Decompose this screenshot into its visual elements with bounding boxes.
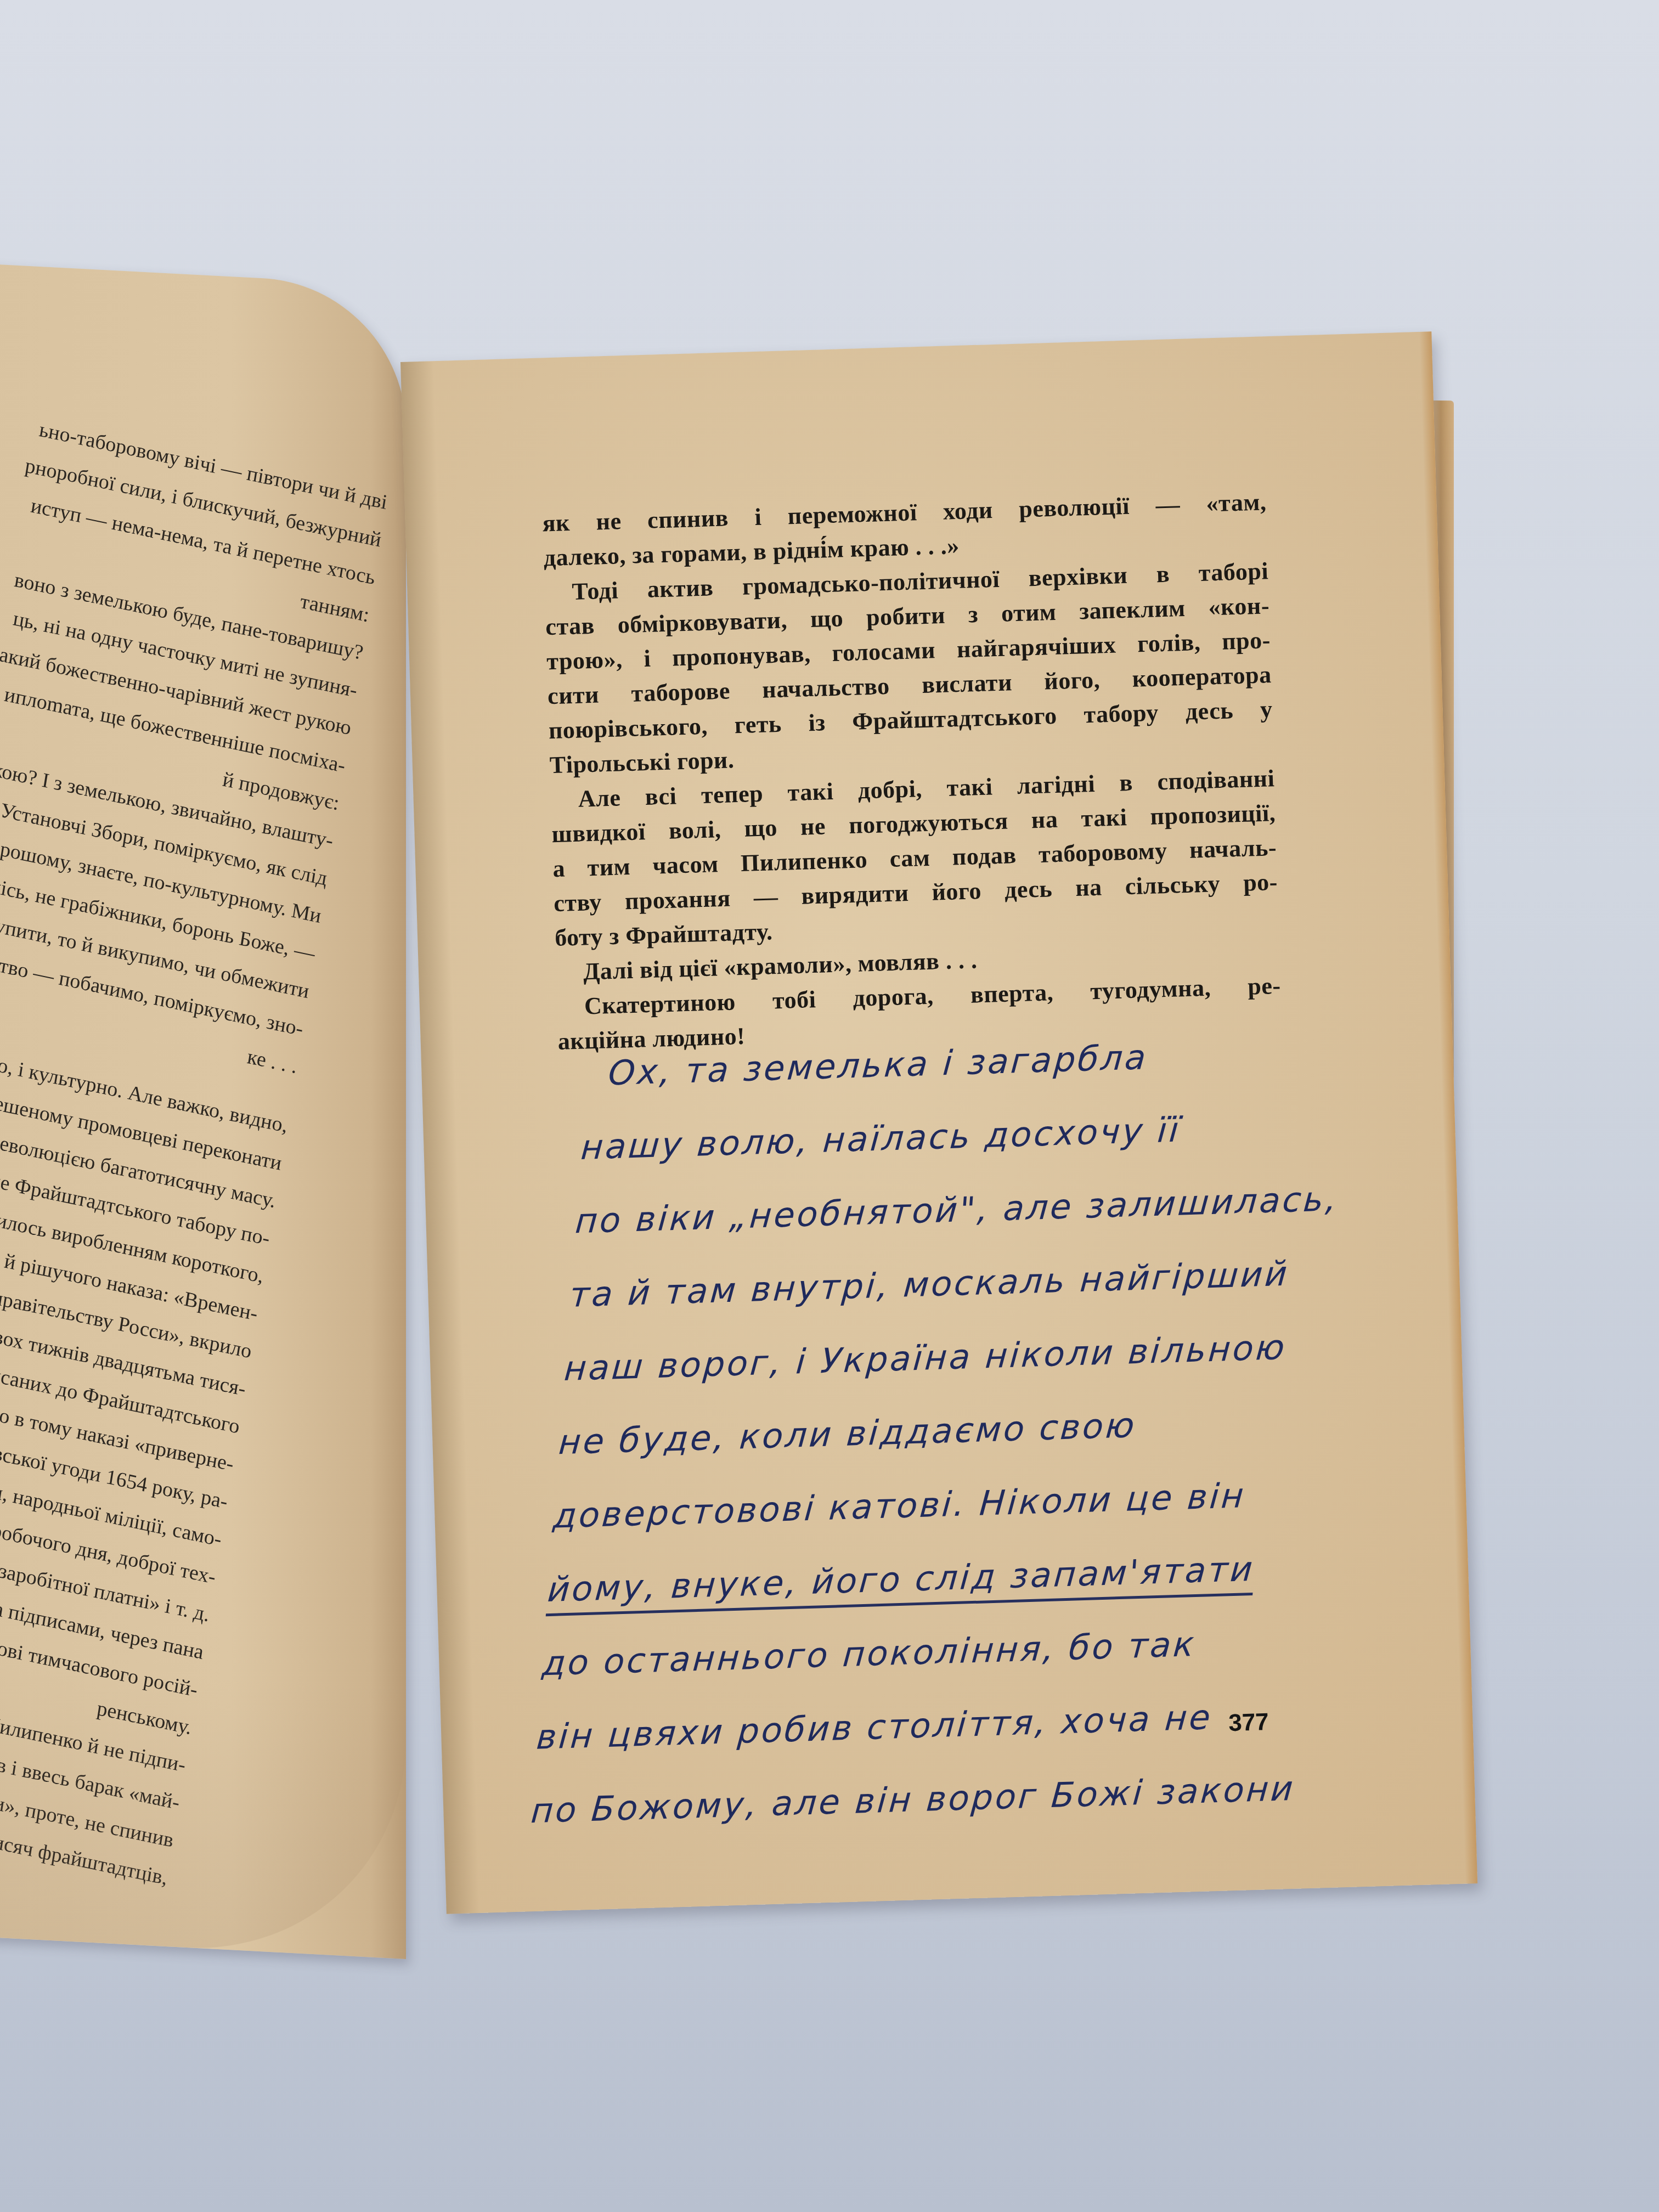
- right-book-page: як не спинив і переможної ходи революції…: [400, 331, 1477, 1914]
- handwritten-fragment: доверстовові катові. Ніколи це він: [552, 1475, 1248, 1536]
- text-line: тор із «Поюру» Пилипенко й не підпи-: [0, 1664, 189, 1784]
- left-page-text: ьно-таборовому вічі — півтори чи й дві р…: [0, 402, 390, 1897]
- left-book-page: ьно-таборовому вічі — півтори чи й дві р…: [0, 263, 406, 1959]
- handwritten-annotation: Ох, та земелька і загарбла нашу волю, на…: [528, 1012, 1444, 1848]
- text-line: ватися на «інтриги», проте, не спинив: [0, 1740, 177, 1859]
- printed-text: як не спинив і переможної ходи революції…: [542, 484, 1282, 1059]
- text-line: казі та підбурював і ввесь барак «май-: [0, 1702, 183, 1822]
- page-number: 377: [1228, 1708, 1269, 1737]
- text-line: уху двадцятьох тисяч фрайштадтців,: [0, 1778, 171, 1897]
